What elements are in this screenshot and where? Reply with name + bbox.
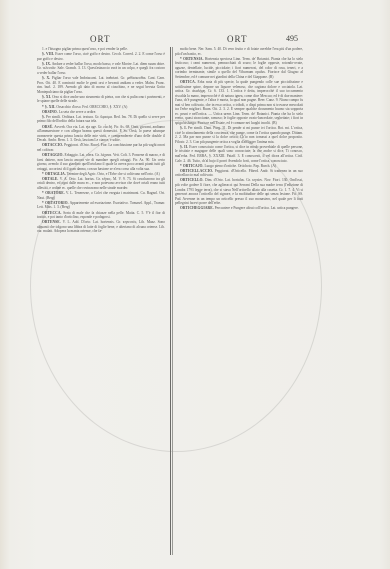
entry-headword: §. II. — [180, 145, 188, 149]
entry-headword: §. VIII. — [42, 52, 54, 56]
entry-text: Dim. d'Orto. Lat. hortulus. Gr. κηπίον. … — [175, 178, 303, 205]
entry-headword: ORTALE. — [42, 177, 58, 181]
entry-headword: §. — [42, 115, 45, 119]
dictionary-entry: ORTACCIO. Peggiorat. d'Orto. Rucel. Fior… — [37, 143, 165, 152]
dictionary-entry: * ORTAGLIA. Termine degli Agric. Orto, e… — [37, 172, 165, 177]
running-header-left: ORT — [90, 34, 110, 44]
entry-text: La seta che serve a ordire. — [59, 110, 97, 114]
entry-headword: ORTICELLACCIO. — [180, 169, 213, 173]
running-header-right: ORT — [227, 34, 247, 44]
entry-text: Orso si dice anche uno strumento di piet… — [37, 95, 165, 104]
dictionary-entry: * ORTATORIO. Appartenente ad esortazione… — [37, 201, 165, 210]
entry-headword: §. XI. — [42, 95, 51, 99]
dictionary-entry: * ORTICAJO. Luogo pieno d'ortiche. Ortic… — [175, 164, 303, 169]
entry-headword: §. X. — [42, 76, 50, 80]
entry-text: Termine degli Agric. Orto, e l'Erbe che … — [67, 172, 160, 176]
dictionary-entry: ORTICA. Erba nota di più specie, la qual… — [175, 80, 303, 125]
entry-text: Per simili. Dant. Purg. 31. Di pentèr si… — [175, 126, 303, 144]
entry-text: Pigliar l'orso vale Imbriacarsi. Lat. in… — [37, 76, 165, 94]
entry-text: Percuotere e Pungere altrui coll'ortica.… — [215, 206, 299, 210]
entry-text: Esser conosciuto come l'ortica, si dice … — [175, 145, 303, 163]
entry-headword: * ORTAGLIA. — [42, 172, 66, 176]
entry-headword: ORSÙ. — [42, 125, 53, 129]
dictionary-entry: ORSINO. La seta che serve a ordire. — [37, 110, 165, 115]
entry-text: Erba nota di più specie, la quale pungen… — [175, 80, 303, 125]
dictionary-entry: ORTECCA. Sorta di male che fa chiazze ne… — [37, 211, 165, 220]
entry-text: Luogo pieno d'ortiche. Ortichoto. Pap. B… — [204, 164, 276, 168]
entry-headword: ORTENSE. — [42, 220, 61, 224]
dictionary-entry: ORTENSE. V. L. Add. D'orto. Lat. hortens… — [37, 220, 165, 234]
dictionary-entry: * §. XII. Orsacchio d'orso. Fed. ORECCHI… — [37, 105, 165, 110]
dictionary-entry: * ORATORE. V. L. Tenerezze, o Colei che … — [37, 191, 165, 200]
dictionary-entry: §. VIII. Esser come l'orso, cioè goffo e… — [37, 52, 165, 61]
entry-text: Esser come l'orso, cioè goffo e destro. … — [37, 52, 165, 61]
dictionary-entry: ORTICHEGGIARE. Percuotere e Pungere altr… — [175, 206, 303, 211]
entry-headword: §. IX. — [42, 62, 51, 66]
entry-headword: * ORTENSIA. — [180, 57, 204, 61]
entry-text: Per simili. Orditura. Lat. textura. Gr. … — [37, 115, 165, 124]
entry-headword: * ORTICAJO. — [180, 164, 204, 168]
entry-text: Orsacchio d'orso. Fed. ORECCHIO, §. XXV.… — [56, 105, 127, 109]
entry-text: molto bene. Ner. Sam. 5. 40. Di vero fru… — [175, 47, 303, 56]
right-column: molto bene. Ner. Sam. 5. 40. Di vero fru… — [175, 47, 303, 211]
dictionary-entry: * ORTENSIA. Hortensia speciosa Linn. Ter… — [175, 57, 303, 80]
dictionary-entry: §. XI. Orso si dice anche uno strumento … — [37, 95, 165, 104]
dictionary-entry: §. X. Pigliar l'orso vale Imbriacarsi. L… — [37, 76, 165, 94]
dictionary-entry: 1. e l'bisogno pigliar prima quest'orso,… — [37, 47, 165, 52]
dictionary-entry: §. IX. Andare a veder ballar l'orso, mod… — [37, 62, 165, 76]
entry-headword: ORTECCA. — [42, 211, 62, 215]
left-column: 1. e l'bisogno pigliar prima quest'orso,… — [37, 47, 165, 234]
dictionary-entry: §. I. Per simili. Dant. Purg. 31. Di pen… — [175, 126, 303, 144]
entry-headword: ORTICHEGGIARE. — [180, 206, 214, 210]
entry-headword: * ORATORE. — [42, 191, 65, 195]
entry-headword: ORTAGGIO. — [42, 153, 64, 157]
entry-headword: §. I. — [180, 126, 187, 130]
page-number: 495 — [286, 34, 298, 43]
entry-text: 1. e l'bisogno pigliar prima quest'orso,… — [42, 47, 128, 51]
entry-text: Avverb. Ora via. Lat. eja age. Gr. εἶα δ… — [37, 125, 165, 143]
entry-headword: ORTICELLO. — [180, 178, 204, 182]
dictionary-entry: ORTICELLO. Dim. d'Orto. Lat. hortulus. G… — [175, 178, 303, 205]
entry-headword: ORTACCIO. — [42, 143, 63, 147]
dictionary-entry: §. II. Esser conosciuto come l'ortica, s… — [175, 145, 303, 163]
entry-headword: * §. XII. — [42, 105, 55, 109]
dictionary-entry: ORTAGGIO. Erbaggio. Lat. olera. Gr. λάχα… — [37, 153, 165, 171]
column-divider — [170, 47, 171, 555]
entry-headword: ORSINO. — [42, 110, 58, 114]
dictionary-entry: §. Per simili. Orditura. Lat. textura. G… — [37, 115, 165, 124]
dictionary-entry: molto bene. Ner. Sam. 5. 40. Di vero fru… — [175, 47, 303, 56]
dictionary-entry: ORTALE. V. A. Orto. Lat. hortus. Gr. κῆπ… — [37, 177, 165, 191]
dictionary-entry: ORSÙ. Avverb. Ora via. Lat. eja age. Gr.… — [37, 125, 165, 143]
entry-text: Andare a veder ballar l'orso, modo basso… — [37, 62, 165, 75]
column-divider-inner — [172, 47, 173, 555]
entry-headword: * ORTATORIO. — [42, 201, 69, 205]
dictionary-entry: ORTICELLACCIO. Peggiorat. d'Orticello. F… — [175, 169, 303, 178]
dictionary-page: ORT ORT 495 1. e l'bisogno pigliar prima… — [0, 0, 390, 569]
entry-headword: ORTICA. — [180, 80, 196, 84]
